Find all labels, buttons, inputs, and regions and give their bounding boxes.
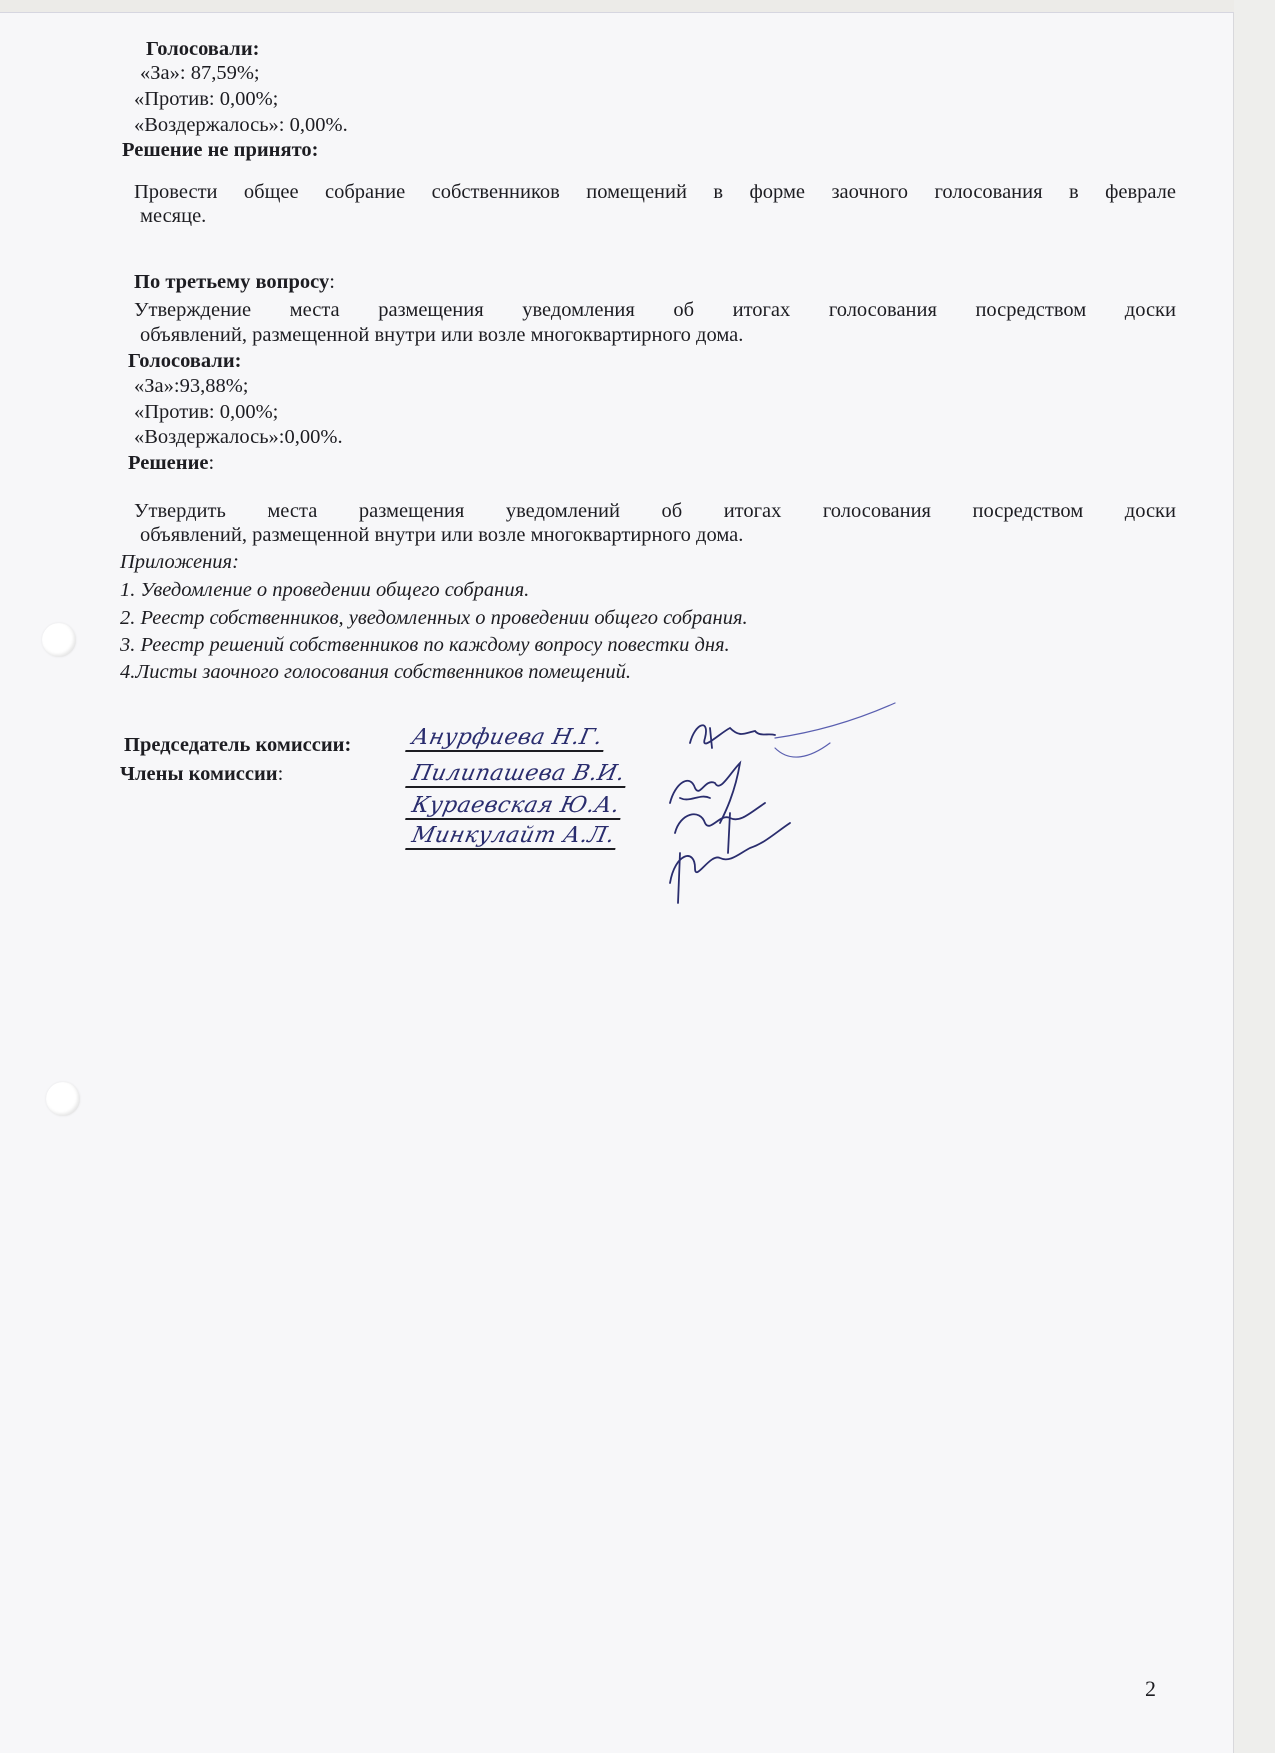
vote-for-q3: «За»:93,88%; (134, 374, 248, 398)
question-3-heading: По третьему вопросу: (134, 270, 335, 294)
member-handwritten-name: Пилипашева В.И. (405, 761, 631, 788)
decision-text-q3-line2: объявлений, размещенной внутри или возле… (140, 523, 743, 547)
vote-for-q2: «За»: 87,59%; (140, 61, 260, 85)
vote-against-q2: «Против: 0,00%; (134, 87, 278, 111)
page-number: 2 (1145, 1676, 1156, 1702)
attachment-item: 3. Реестр решений собственников по каждо… (120, 633, 730, 657)
members-label-colon: : (278, 763, 284, 785)
members-label: Члены комиссии: (120, 762, 283, 786)
attachments-heading: Приложения: (120, 550, 239, 574)
vote-abstained-q2: «Воздержалось»: 0,00%. (134, 113, 348, 137)
question-3-heading-text: По третьему вопросу (134, 271, 329, 293)
question-3-text-line1: Утверждение места размещения уведомления… (134, 298, 1176, 322)
decision-text-q3-line1: Утвердить места размещения уведомлений о… (134, 499, 1176, 523)
attachment-item: 4.Листы заочного голосования собственник… (120, 660, 631, 684)
vote-against-q3: «Против: 0,00%; (134, 400, 278, 424)
vote-abstained-q3: «Воздержалось»:0,00%. (134, 425, 343, 449)
signature-scribbles-icon (650, 703, 910, 903)
decision-heading-q3-text: Решение (128, 452, 208, 474)
decision-text-q2-line2: месяце. (140, 204, 206, 228)
chair-handwritten-name: Анурфиева Н.Г. (405, 725, 609, 752)
punch-hole-icon (46, 1082, 80, 1116)
punch-hole-icon (42, 623, 76, 657)
chair-label: Председатель комиссии: (124, 733, 351, 757)
decision-heading-q3-colon: : (208, 452, 214, 474)
attachment-item: 1. Уведомление о проведении общего собра… (120, 578, 529, 602)
document-page: Голосовали: «За»: 87,59%; «Против: 0,00%… (0, 12, 1234, 1753)
vote-heading-q2: Голосовали: (146, 37, 259, 61)
attachment-item: 2. Реестр собственников, уведомленных о … (120, 606, 748, 630)
member-handwritten-name: Минкулайт А.Л. (405, 823, 621, 850)
member-handwritten-name: Кураевская Ю.А. (405, 793, 626, 820)
question-3-heading-colon: : (329, 271, 335, 293)
decision-heading-q2: Решение не принято: (122, 138, 318, 162)
decision-heading-q3: Решение: (128, 451, 214, 475)
scanner-edge-strip (1234, 0, 1275, 1753)
decision-text-q2-line1: Провести общее собрание собственников по… (134, 180, 1176, 204)
vote-heading-q3: Голосовали: (128, 349, 241, 373)
members-label-text: Члены комиссии (120, 763, 278, 785)
question-3-text-line2: объявлений, размещенной внутри или возле… (140, 323, 743, 347)
